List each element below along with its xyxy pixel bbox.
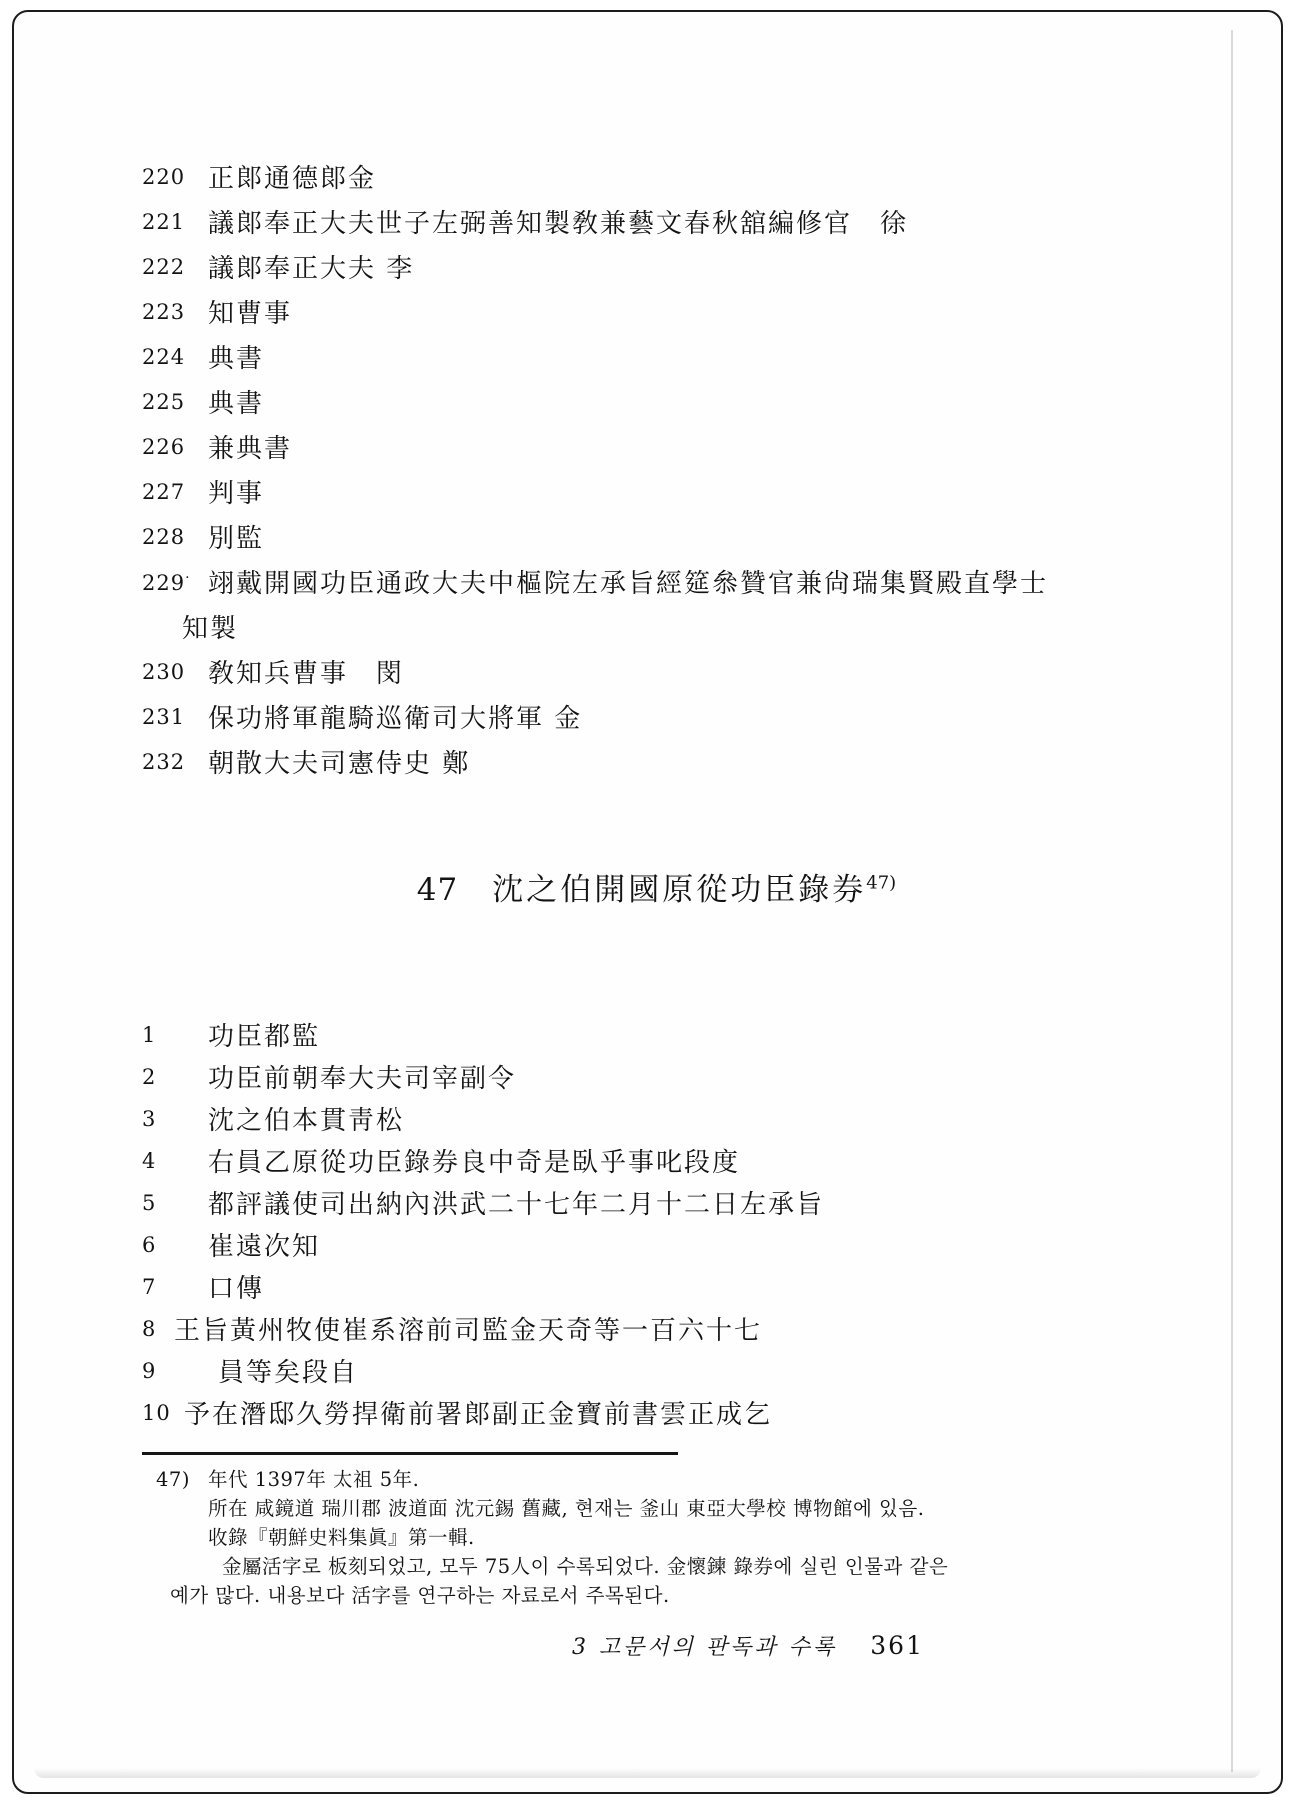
line-text: 保功將軍龍騎巡衛司大將軍 金 — [208, 702, 582, 736]
footnote-reference: 47) — [866, 873, 896, 894]
transcription-row: 223 知曹事 — [142, 297, 1171, 342]
line-number: 2 — [142, 1062, 208, 1089]
line-number: 229· — [142, 567, 208, 595]
footnote-label: 47) — [142, 1465, 208, 1494]
line-text: 王旨黃州牧使崔系溶前司監金天奇等一百六十七 — [174, 1314, 762, 1348]
line-number: 9 — [142, 1356, 208, 1383]
footnote-line: 예가 많다. 내용보다 活字를 연구하는 자료로서 주목된다. — [142, 1581, 1171, 1610]
footnote-text: 年代 1397年 太祖 5年. — [208, 1465, 419, 1494]
transcription-row: 2 功臣前朝奉大夫司宰副令 — [142, 1062, 1171, 1104]
line-number: 232 — [142, 747, 208, 774]
line-number: 1 — [142, 1020, 208, 1047]
running-title: 3 고문서의 판독과 수록 — [572, 1635, 837, 1660]
transcription-row: 4 右員乙原從功臣錄券良中奇是臥乎事叱段度 — [142, 1146, 1171, 1188]
transcription-row: 8 王旨黃州牧使崔系溶前司監金天奇等一百六十七 — [142, 1314, 1171, 1356]
transcription-row: 225 典書 — [142, 387, 1171, 432]
line-text: 別監 — [208, 522, 264, 556]
footnote-line: 47) 年代 1397年 太祖 5年. — [142, 1465, 1171, 1494]
line-number: 220 — [142, 162, 208, 189]
scanned-page: 220 正郞通德郞金 221 議郞奉正大夫世子左弼善知製敎兼藝文春秋舘編修官 徐… — [12, 10, 1283, 1794]
line-text: 予在潛邸久勞捍衛前署郞副正金寶前書雲正成乞 — [184, 1398, 772, 1432]
section-heading: 47沈之伯開國原從功臣錄券47) — [142, 864, 1171, 909]
line-text: 員等矣段自 — [218, 1356, 358, 1390]
transcription-row: 9 員等矣段自 — [142, 1356, 1171, 1398]
line-text: 崔遠次知 — [208, 1230, 320, 1264]
page-number: 361 — [870, 1631, 924, 1660]
transcription-row: 3 沈之伯本貫靑松 — [142, 1104, 1171, 1146]
line-text-continued: 知製 — [182, 612, 238, 646]
line-text: 議郞奉正大夫 李 — [208, 252, 414, 286]
line-text: 右員乙原從功臣錄券良中奇是臥乎事叱段度 — [208, 1146, 740, 1180]
transcription-row: 229· 翊戴開國功臣通政大夫中樞院左承旨經筵叅贊官兼尙瑞集賢殿直學士 — [142, 567, 1171, 612]
transcription-row: 221 議郞奉正大夫世子左弼善知製敎兼藝文春秋舘編修官 徐 — [142, 207, 1171, 252]
scan-edge-line — [1231, 30, 1233, 1772]
page-footer: 3 고문서의 판독과 수록 361 — [142, 1630, 924, 1661]
transcription-row: 226 兼典書 — [142, 432, 1171, 477]
line-number: 221 — [142, 207, 208, 234]
line-text: 朝散大夫司憲侍史 鄭 — [208, 747, 470, 781]
stray-dot: · — [185, 570, 190, 586]
section-title-text: 沈之伯開國原從功臣錄券 — [492, 872, 866, 908]
transcription-row: 224 典書 — [142, 342, 1171, 387]
transcription-row: 222 議郞奉正大夫 李 — [142, 252, 1171, 297]
transcription-list-1-10: 1 功臣都監 2 功臣前朝奉大夫司宰副令 3 沈之伯本貫靑松 4 右員乙原從功臣… — [142, 1020, 1171, 1440]
line-text: 口傳 — [208, 1272, 264, 1306]
line-text: 正郞通德郞金 — [208, 162, 376, 196]
line-number: 223 — [142, 297, 208, 324]
footnote-rule — [142, 1452, 678, 1455]
transcription-list-220-232: 220 正郞通德郞金 221 議郞奉正大夫世子左弼善知製敎兼藝文春秋舘編修官 徐… — [142, 162, 1171, 792]
line-text: 判事 — [208, 477, 264, 511]
line-number: 5 — [142, 1188, 208, 1215]
transcription-row: 230 敎知兵曹事 閔 — [142, 657, 1171, 702]
line-number: 225 — [142, 387, 208, 414]
transcription-row: 7 口傳 — [142, 1272, 1171, 1314]
line-text: 議郞奉正大夫世子左弼善知製敎兼藝文春秋舘編修官 徐 — [208, 207, 908, 241]
transcription-row: 227 判事 — [142, 477, 1171, 522]
line-number: 230 — [142, 657, 208, 684]
transcription-wrap-row: 知製 — [142, 612, 1171, 657]
line-number: 226 — [142, 432, 208, 459]
transcription-row: 220 正郞通德郞金 — [142, 162, 1171, 207]
line-text: 敎知兵曹事 閔 — [208, 657, 404, 691]
footnote-line: 所在 咸鏡道 瑞川郡 波道面 沈元錫 舊藏, 현재는 釜山 東亞大學校 博物館에… — [142, 1494, 1171, 1523]
line-text: 都評議使司出納內洪武二十七年二月十二日左承旨 — [208, 1188, 824, 1222]
transcription-row: 231 保功將軍龍騎巡衛司大將軍 金 — [142, 702, 1171, 747]
line-number: 228 — [142, 522, 208, 549]
line-number: 6 — [142, 1230, 208, 1257]
line-text: 典書 — [208, 387, 264, 421]
line-number: 231 — [142, 702, 208, 729]
line-number: 3 — [142, 1104, 208, 1131]
line-number: 227 — [142, 477, 208, 504]
line-text: 翊戴開國功臣通政大夫中樞院左承旨經筵叅贊官兼尙瑞集賢殿直學士 — [208, 567, 1048, 601]
footnote-line: 金屬活字로 板刻되었고, 모두 75人이 수록되었다. 金懷鍊 錄券에 실린 인… — [142, 1552, 1171, 1581]
line-number: 7 — [142, 1272, 208, 1299]
line-text: 知曹事 — [208, 297, 292, 331]
line-text: 兼典書 — [208, 432, 292, 466]
line-text: 功臣前朝奉大夫司宰副令 — [208, 1062, 516, 1096]
line-number: 222 — [142, 252, 208, 279]
line-text: 典書 — [208, 342, 264, 376]
footnote-block: 47) 年代 1397年 太祖 5年. 所在 咸鏡道 瑞川郡 波道面 沈元錫 舊… — [142, 1452, 1171, 1610]
footnote-line: 收錄『朝鮮史料集眞』第一輯. — [142, 1523, 1171, 1552]
line-number: 4 — [142, 1146, 208, 1173]
transcription-row: 232 朝散大夫司憲侍史 鄭 — [142, 747, 1171, 792]
line-number: 224 — [142, 342, 208, 369]
transcription-row: 1 功臣都監 — [142, 1020, 1171, 1062]
transcription-row: 228 別監 — [142, 522, 1171, 567]
transcription-row: 10 予在潛邸久勞捍衛前署郞副正金寶前書雲正成乞 — [142, 1398, 1171, 1440]
transcription-row: 5 都評議使司出納內洪武二十七年二月十二日左承旨 — [142, 1188, 1171, 1230]
scan-shadow — [34, 1768, 1261, 1778]
line-text: 功臣都監 — [208, 1020, 320, 1054]
section-number: 47 — [417, 872, 458, 908]
transcription-row: 6 崔遠次知 — [142, 1230, 1171, 1272]
line-text: 沈之伯本貫靑松 — [208, 1104, 404, 1138]
